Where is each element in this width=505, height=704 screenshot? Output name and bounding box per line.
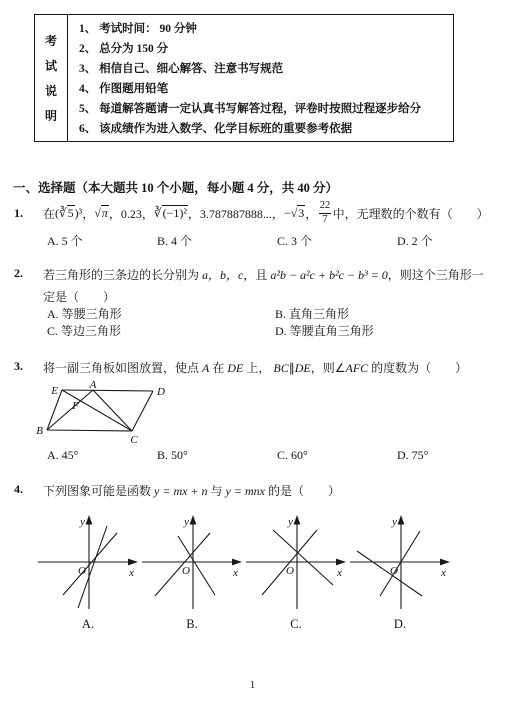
q4-text: 的是（ ） (265, 484, 340, 498)
q3-option-d: D. 75° (397, 448, 428, 463)
q1-option-d: D. 2 个 (397, 232, 433, 249)
q4-function-2: y = mnx (226, 484, 265, 498)
q1-exponent: )³ (75, 206, 83, 221)
fraction-numerator: 22 (320, 200, 331, 212)
x-axis-arrow-icon (440, 559, 450, 566)
section-header: 一、选择题（本大题共 10 个小题，每小题 4 分，共 40 分） (13, 178, 338, 196)
q1-radicand-3: 3 (297, 205, 305, 221)
q3-text: 在 (209, 361, 227, 375)
question-2-stem-line1: 若三角形的三条边的长分别为 a，b，c，且 a²b − a²c + b²c − … (43, 266, 484, 283)
q3-text: ，则 (311, 361, 335, 375)
q3-option-c: C. 60° (277, 448, 308, 463)
page-number: 1 (0, 679, 505, 691)
y-axis-label: y (287, 516, 293, 528)
q1-cube-root-1: (∛ (55, 206, 67, 221)
q3-angle-afc: ∠AFC (335, 361, 368, 375)
graph-option-c: y x O (244, 512, 348, 616)
q2-text: ，则这个三角形一 (388, 268, 484, 282)
y-axis-arrow-icon (190, 515, 197, 525)
q1-text: 在 (43, 205, 55, 222)
q1-text: ，3.787887888...， (188, 205, 284, 222)
figure-label-a: A (89, 379, 97, 391)
x-axis-label: x (128, 567, 134, 579)
figure-line-ac (93, 390, 132, 431)
q3-text: 的度数为（ ） (368, 361, 467, 375)
notice-item: 1、 考试时间： 90 分钟 (79, 20, 449, 36)
notice-side-label: 考 试 说 明 (35, 15, 68, 141)
question-3-stem: 将一副三角板如图放置，使点 A 在 DE 上， BC∥DE，则∠AFC 的度数为… (43, 359, 467, 376)
q3-parallel-statement: BC∥DE (273, 361, 310, 375)
q1-sqrt-pi: √ (94, 206, 101, 221)
graph-label-c: C. (244, 617, 348, 632)
notice-items: 1、 考试时间： 90 分钟 2、 总分为 150 分 3、 相信自己、细心解答… (68, 15, 453, 141)
q1-neg-sqrt: −√ (284, 206, 297, 221)
question-2-stem-line2: 定是（ ） (43, 288, 115, 305)
y-axis-arrow-icon (398, 515, 405, 525)
graph-option-a: y x O (36, 512, 140, 616)
question-1-number: 1. (14, 206, 23, 221)
graph-label-a: A. (36, 617, 140, 632)
origin-label: O (286, 565, 294, 577)
figure-line-cb (47, 430, 132, 431)
x-axis-label: x (336, 567, 342, 579)
y-axis-label: y (79, 516, 85, 528)
question-1-stem: 在 (∛5)³ ， √π ，0.23， ∛(−1)² ，3.787887888.… (43, 197, 489, 229)
question-4-number: 4. (14, 482, 23, 497)
q2-math-sides: a，b，c (202, 268, 243, 282)
line-negative (273, 530, 333, 585)
question-3-number: 3. (14, 359, 23, 374)
q2-option-c: C. 等边三角形 (47, 322, 121, 339)
line-positive (380, 531, 420, 596)
q4-function-1: y = mx + n (154, 484, 208, 498)
exam-page: 考 试 说 明 1、 考试时间： 90 分钟 2、 总分为 150 分 3、 相… (0, 0, 505, 704)
x-axis-label: x (440, 567, 446, 579)
question-2-number: 2. (14, 266, 23, 281)
graph-option-d: y x O (348, 512, 452, 616)
figure-label-c: C (130, 434, 138, 446)
q1-option-b: B. 4 个 (157, 232, 192, 249)
q1-cube-root-2: ∛ (154, 206, 162, 221)
triangle-ruler-figure: E A D F B C (36, 379, 166, 449)
question-4-stem: 下列图象可能是函数 y = mx + n 与 y = mnx 的是（ ） (43, 482, 340, 499)
notice-item: 2、 总分为 150 分 (79, 40, 449, 56)
q1-option-c: C. 3 个 (277, 232, 312, 249)
x-axis-label: x (232, 567, 238, 579)
y-axis-arrow-icon (86, 515, 93, 525)
q1-radicand-2: (−1)² (162, 205, 188, 221)
q4-text: 下列图象可能是函数 (43, 484, 154, 498)
origin-label: O (182, 565, 190, 577)
fraction-denominator: 7 (319, 213, 330, 226)
y-axis-label: y (391, 516, 397, 528)
q3-option-b: B. 50° (157, 448, 188, 463)
notice-side-char: 明 (45, 107, 57, 124)
notice-side-char: 说 (45, 82, 57, 99)
y-axis-label: y (183, 516, 189, 528)
y-axis-arrow-icon (294, 515, 301, 525)
q4-text: 与 (208, 484, 226, 498)
q3-segment-de: DE (227, 361, 243, 375)
notice-side-char: 考 (45, 32, 57, 49)
q2-option-a: A. 等腰三角形 (47, 305, 122, 322)
x-axis-arrow-icon (232, 559, 242, 566)
q1-text: 中，无理数的个数有（ ） (333, 205, 489, 222)
graph-label-b: B. (140, 617, 244, 632)
section-title: 一、选择题 (13, 181, 76, 195)
q1-fraction: 227 (319, 200, 330, 225)
notice-item: 3、 相信自己、细心解答、注意书写规范 (79, 60, 449, 76)
section-meta: （本大题共 10 个小题，每小题 4 分，共 40 分） (76, 181, 339, 195)
graph-label-d: D. (348, 617, 452, 632)
origin-label: O (390, 565, 398, 577)
q2-math-equation: a²b − a²c + b²c − b³ = 0 (270, 268, 387, 282)
q2-text: ，且 (243, 268, 270, 282)
q1-option-a: A. 5 个 (47, 232, 83, 249)
figure-label-f: F (71, 400, 79, 412)
figure-label-e: E (50, 385, 58, 397)
q1-radicand-1: 5 (67, 205, 75, 221)
q2-option-d: D. 等腰直角三角形 (275, 322, 374, 339)
q1-comma: ， (305, 205, 317, 222)
q3-text: 将一副三角板如图放置，使点 (43, 361, 202, 375)
x-axis-arrow-icon (336, 559, 346, 566)
notice-item: 5、 每道解答题请一定认真书写解答过程，评卷时按照过程逐步给分 (79, 100, 449, 116)
notice-item: 6、 该成绩作为进入数学、化学目标班的重要参考依据 (79, 120, 449, 136)
figure-label-d: D (156, 386, 165, 398)
q3-option-a: A. 45° (47, 448, 78, 463)
notice-side-char: 试 (45, 57, 57, 74)
notice-item: 4、 作图题用铅笔 (79, 80, 449, 96)
graph-option-b: y x O (140, 512, 244, 616)
origin-label: O (78, 565, 86, 577)
q2-text: 若三角形的三条边的长分别为 (43, 268, 202, 282)
q1-text: ，0.23， (109, 205, 154, 222)
q3-text: 上， (243, 361, 273, 375)
q1-radicand-pi: π (101, 205, 109, 221)
q2-option-b: B. 直角三角形 (275, 305, 349, 322)
x-axis-arrow-icon (128, 559, 138, 566)
figure-line-dc (132, 391, 153, 431)
line-positive (63, 533, 117, 595)
notice-table: 考 试 说 明 1、 考试时间： 90 分钟 2、 总分为 150 分 3、 相… (34, 14, 454, 142)
figure-label-b: B (36, 425, 43, 437)
figure-line-ed (62, 390, 153, 391)
q1-comma: ， (82, 205, 94, 222)
